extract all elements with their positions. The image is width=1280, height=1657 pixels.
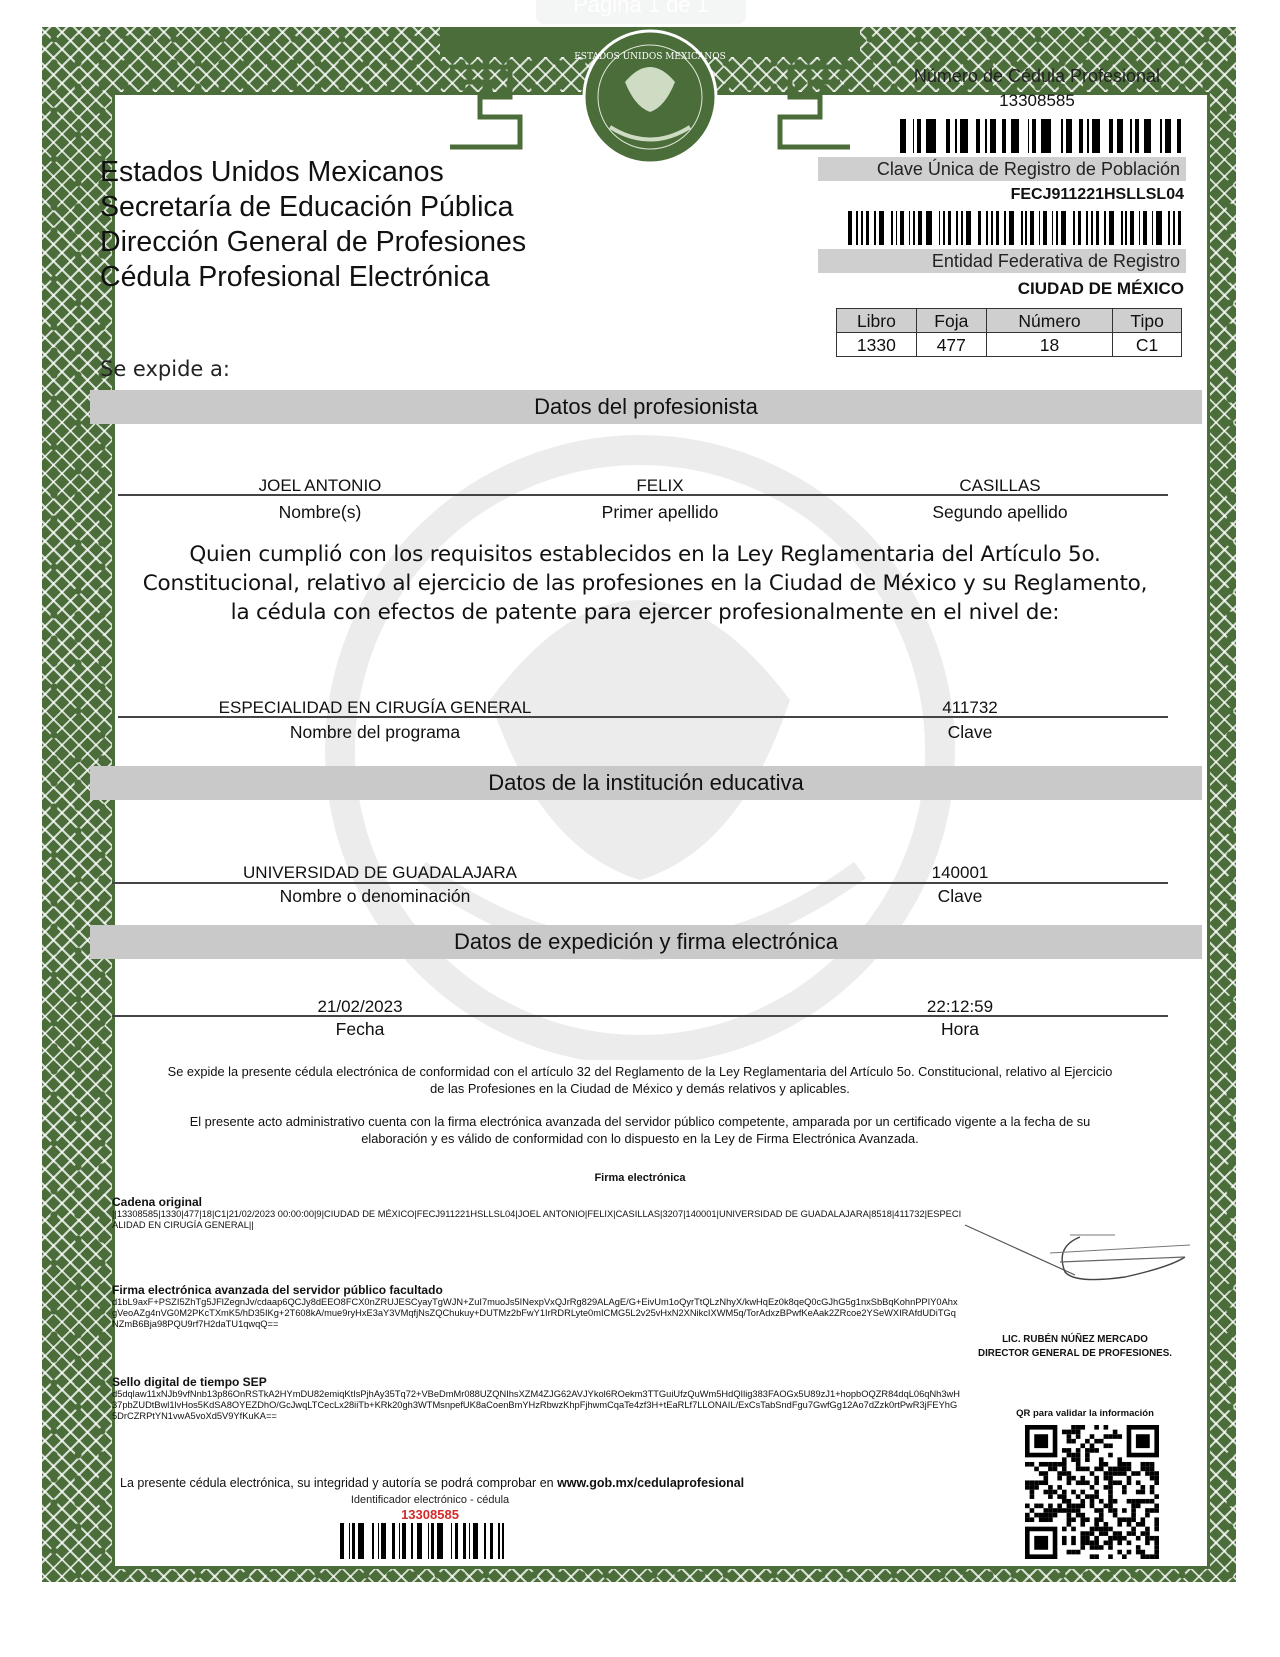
divider [118,494,1168,496]
second-surname-value: CASILLAS [880,476,1120,496]
issue-time-label: Hora [880,1019,1040,1040]
legal-paragraph-1: Se expide la presente cédula electrónica… [100,1063,1180,1097]
registry-value-tipo: C1 [1113,333,1182,357]
institution-key-value: 140001 [880,863,1040,883]
issue-date-label: Fecha [260,1019,460,1040]
header-line-directorate: Dirección General de Profesiones [100,225,526,260]
legal-line: El presente acto administrativo cuenta c… [100,1113,1180,1130]
advanced-signature-text: d1bL9axF+PSZI5ZhTg5JFlZegnJv/cdaap6QCJy8… [112,1297,962,1330]
given-names-label: Nombre(s) [200,502,440,523]
registry-value-foja: 477 [916,333,986,357]
cedula-barcode [900,119,1186,153]
signer-name: LIC. RUBÉN NÚÑEZ MERCADO [960,1333,1190,1347]
institution-name-value: UNIVERSIDAD DE GUADALAJARA [180,863,580,883]
first-surname-label: Primer apellido [540,502,780,523]
svg-text:ESTADOS UNIDOS MEXICANOS: ESTADOS UNIDOS MEXICANOS [574,52,726,62]
signer-title: DIRECTOR GENERAL DE PROFESIONES. [960,1347,1190,1361]
first-surname-value: FELIX [540,476,780,496]
program-name-label: Nombre del programa [200,722,550,743]
cedula-number-block: Número de Cédula Profesional 13308585 [818,66,1186,111]
divider [112,882,1168,884]
registry-value-numero: 18 [986,333,1112,357]
legal-paragraph-2: El presente acto administrativo cuenta c… [100,1113,1180,1147]
timestamp-seal-text: d5dqlaw11xNJb9vfNnb13p86OnRSTkA2HYmDU82e… [112,1389,962,1422]
advanced-signature-block: Firma electrónica avanzada del servidor … [112,1283,962,1330]
issued-to-label: Se expide a: [100,357,230,381]
verification-note-text: La presente cédula electrónica, su integ… [120,1476,557,1490]
registry-header-libro: Libro [837,309,917,333]
institution-header: Estados Unidos Mexicanos Secretaría de E… [100,155,526,295]
qr-label: QR para validar la información [1000,1408,1170,1419]
legal-line: elaboración y es válido de conformidad c… [100,1130,1180,1147]
national-seal-icon: ESTADOS UNIDOS MEXICANOS [440,27,860,162]
program-name-value: ESPECIALIDAD EN CIRUGÍA GENERAL [170,698,580,718]
issue-time-value: 22:12:59 [880,997,1040,1017]
header-line-document-type: Cédula Profesional Electrónica [100,260,526,295]
entidad-value: CIUDAD DE MÉXICO [818,279,1184,299]
statement-line: Quien cumplió con los requisitos estable… [80,540,1210,569]
electronic-signature-heading: Firma electrónica [400,1172,880,1184]
curp-barcode [848,211,1186,245]
divider [112,1015,1168,1017]
page-indicator: Página 1 de 1 [536,0,746,24]
header-line-ministry: Secretaría de Educación Pública [100,190,526,225]
legal-line: de las Profesiones en la Ciudad de Méxic… [100,1080,1180,1097]
registry-value-libro: 1330 [837,333,917,357]
signer-block: LIC. RUBÉN NÚÑEZ MERCADO DIRECTOR GENERA… [960,1333,1190,1361]
original-chain-text: ||13308585|1330|477|18|C1|21/02/2023 00:… [112,1209,962,1231]
issue-date-value: 21/02/2023 [260,997,460,1017]
electronic-id-barcode [340,1523,508,1559]
section-institucion: Datos de la institución educativa [90,766,1202,800]
institution-name-label: Nombre o denominación [200,886,550,907]
cedula-number: 13308585 [888,91,1186,111]
registry-table: Libro Foja Número Tipo 1330 477 18 C1 [836,308,1182,357]
curp-value: FECJ911221HSLLSL04 [818,186,1184,204]
program-key-value: 411732 [890,698,1050,718]
given-names-value: JOEL ANTONIO [200,476,440,496]
advanced-signature-title: Firma electrónica avanzada del servidor … [112,1283,962,1297]
entidad-label: Entidad Federativa de Registro [818,249,1186,273]
header-line-country: Estados Unidos Mexicanos [100,155,526,190]
statement-line: la cédula con efectos de patente para ej… [80,598,1210,627]
original-chain-title: Cadena original [112,1195,962,1209]
institution-key-label: Clave [880,886,1040,907]
qr-code-icon[interactable] [1025,1425,1159,1559]
program-key-label: Clave [890,722,1050,743]
timestamp-seal-block: Sello digital de tiempo SEP d5dqlaw11xNJ… [112,1375,962,1422]
verification-url-link[interactable]: www.gob.mx/cedulaprofesional [557,1476,744,1490]
second-surname-label: Segundo apellido [880,502,1120,523]
registry-header-tipo: Tipo [1113,309,1182,333]
curp-label: Clave Única de Registro de Población [818,157,1186,181]
certification-statement: Quien cumplió con los requisitos estable… [80,540,1210,627]
registry-header-numero: Número [986,309,1112,333]
section-expedicion: Datos de expedición y firma electrónica [90,925,1202,959]
verification-note: La presente cédula electrónica, su integ… [120,1476,744,1490]
timestamp-seal-title: Sello digital de tiempo SEP [112,1375,962,1389]
legal-line: Se expide la presente cédula electrónica… [100,1063,1180,1080]
handwritten-signature-icon [960,1215,1190,1295]
original-chain-block: Cadena original ||13308585|1330|477|18|C… [112,1195,962,1231]
cedula-number-label: Número de Cédula Profesional [888,66,1186,87]
statement-line: Constitucional, relativo al ejercicio de… [80,569,1210,598]
divider [118,716,1168,718]
section-profesionista: Datos del profesionista [90,390,1202,424]
electronic-id-number: 13308585 [320,1507,540,1522]
registry-header-foja: Foja [916,309,986,333]
electronic-id-label: Identificador electrónico - cédula [320,1494,540,1506]
